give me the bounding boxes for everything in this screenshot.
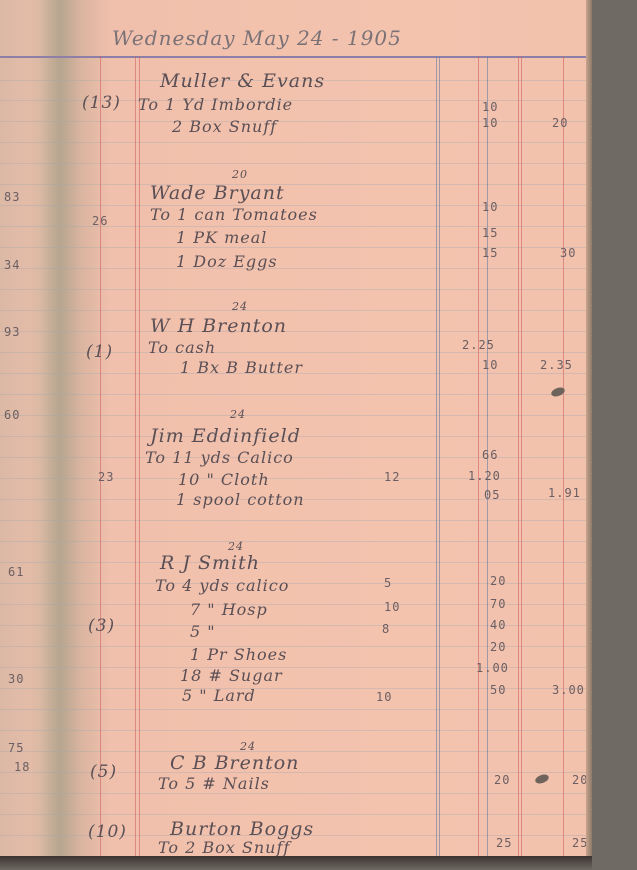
ruled-line (0, 415, 588, 416)
margin-number: 75 (8, 741, 24, 755)
line-amount: 2.25 (462, 338, 495, 352)
account-ref: (3) (88, 616, 115, 636)
ruled-line (0, 163, 588, 164)
ruled-line (0, 541, 588, 542)
column-line (518, 56, 519, 858)
ruled-line (0, 457, 588, 458)
entry-day: 24 (230, 408, 246, 421)
line-amount: 40 (490, 618, 506, 632)
line-amount: 15 (482, 226, 498, 240)
customer-name: Muller & Evans (160, 70, 325, 92)
account-ref: (13) (82, 93, 121, 113)
line-item: To 2 Box Snuff (158, 838, 290, 857)
ruled-line (0, 709, 588, 710)
entry-total: 30 (560, 246, 576, 260)
ruled-line (0, 730, 588, 731)
ledger-page: Wednesday May 24 - 1905 83 34 93 60 61 3… (0, 0, 588, 858)
column-line (478, 56, 479, 858)
line-amount: 1.20 (468, 469, 501, 483)
qty-note: 5 (384, 576, 392, 590)
line-amount: 10 (482, 116, 498, 130)
customer-name: Jim Eddinfield (150, 425, 301, 447)
header-rule (0, 56, 588, 58)
line-item: To 1 can Tomatoes (150, 205, 318, 224)
line-item: 18 # Sugar (180, 666, 283, 685)
line-amount: 20 (490, 640, 506, 654)
margin-number: 83 (4, 190, 20, 204)
ruled-line (0, 184, 588, 185)
line-amount: 66 (482, 448, 498, 462)
ruled-line (0, 310, 588, 311)
ruled-line (0, 562, 588, 563)
line-amount: 50 (490, 683, 506, 697)
line-amount: 70 (490, 597, 506, 611)
margin-line (100, 56, 101, 858)
line-item: 5 " Lard (182, 686, 256, 705)
margin-line (135, 56, 136, 858)
book-bottom-edge (0, 856, 592, 870)
line-item: To 4 yds calico (155, 576, 289, 595)
margin-number: 18 (14, 760, 30, 774)
margin-number: 34 (4, 258, 20, 272)
ruled-line (0, 394, 588, 395)
line-amount: 25 (496, 836, 512, 850)
line-item: 1 Pr Shoes (190, 645, 287, 664)
entry-day: 24 (232, 300, 248, 313)
margin-number: 30 (8, 672, 24, 686)
column-line (439, 56, 440, 858)
ink-smudge (534, 773, 550, 785)
line-item: 2 Box Snuff (172, 117, 277, 136)
customer-name: C B Brenton (170, 752, 299, 774)
line-item: To 5 # Nails (158, 774, 270, 793)
ruled-line (0, 142, 588, 143)
ledger-date-header: Wednesday May 24 - 1905 (112, 26, 402, 50)
line-amount: 15 (482, 246, 498, 260)
line-amount: 20 (494, 773, 510, 787)
line-amount: 20 (490, 574, 506, 588)
margin-number: 60 (4, 408, 20, 422)
ruled-line (0, 520, 588, 521)
line-amount: 1.00 (476, 661, 509, 675)
qty-note: 10 (376, 690, 392, 704)
line-item: To cash (148, 338, 216, 357)
qty-note: 12 (384, 470, 400, 484)
ruled-line (0, 331, 588, 332)
qty-note: 10 (384, 600, 400, 614)
margin-number: 93 (4, 325, 20, 339)
column-line (563, 56, 564, 858)
margin-line (139, 56, 140, 858)
customer-name: Burton Boggs (170, 818, 314, 840)
line-item: 1 spool cotton (176, 490, 305, 509)
ruled-line (0, 289, 588, 290)
line-item: 5 " (190, 622, 216, 641)
entry-total: 3.00 (552, 683, 585, 697)
line-item: To 1 Yd Imbordie (138, 95, 293, 114)
account-ref: (5) (90, 762, 117, 782)
margin-number: 61 (8, 565, 24, 579)
entry-day: 20 (232, 168, 248, 181)
ruled-line (0, 121, 588, 122)
customer-name: Wade Bryant (150, 182, 285, 204)
line-item: 1 PK meal (176, 228, 267, 247)
ruled-line (0, 814, 588, 815)
ruled-line (0, 793, 588, 794)
line-item: 1 Bx B Butter (180, 358, 303, 377)
line-amount: 10 (482, 200, 498, 214)
line-item: To 11 yds Calico (145, 448, 294, 467)
line-amount: 10 (482, 358, 498, 372)
line-item: 7 " Hosp (190, 600, 268, 619)
ruled-line (0, 226, 588, 227)
line-amount: 10 (482, 100, 498, 114)
column-line (521, 56, 522, 858)
entry-total: 1.91 (548, 486, 581, 500)
account-ref: (1) (86, 342, 113, 362)
account-ref: (10) (88, 822, 127, 842)
ruled-line (0, 268, 588, 269)
line-item: 1 Doz Eggs (176, 252, 278, 271)
account-ref: 26 (92, 214, 108, 228)
line-amount: 05 (484, 488, 500, 502)
account-ref: 23 (98, 470, 114, 484)
page-edge (586, 0, 592, 862)
ruled-line (0, 247, 588, 248)
customer-name: W H Brenton (150, 315, 287, 337)
customer-name: R J Smith (160, 552, 260, 574)
entry-total: 20 (552, 116, 568, 130)
qty-note: 8 (382, 622, 390, 636)
line-item: 10 " Cloth (178, 470, 270, 489)
entry-total: 2.35 (540, 358, 573, 372)
column-line (436, 56, 437, 858)
